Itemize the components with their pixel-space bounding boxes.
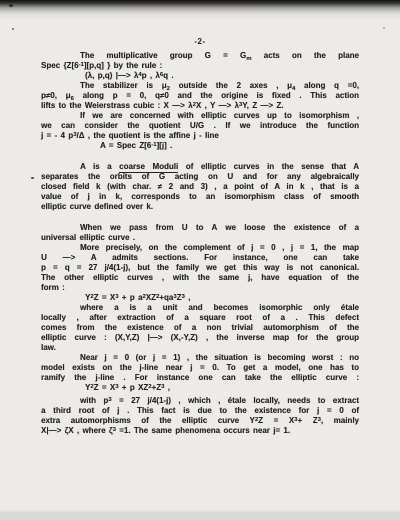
page-number: -2- xyxy=(0,37,400,46)
text-line: The stabilizer is μ2 outside the 2 axes … xyxy=(41,81,359,91)
text-line: A is a coarse Moduli of elliptic curves … xyxy=(41,162,359,172)
text-line: j = - 4 p3/Δ , the quotient is the affin… xyxy=(41,131,359,141)
text-line: law. xyxy=(41,343,359,353)
scan-speck xyxy=(12,28,14,30)
text-line: Near j = 0 (or j = 1) , the situation is… xyxy=(41,353,359,363)
text-line: closed field k (with char. ≠ 2 and 3) , … xyxy=(41,182,359,192)
text-line: form : xyxy=(41,283,359,293)
text-line: More precisely, on the complement of j =… xyxy=(41,243,359,253)
text-line: Y2Z = X3 + p a2XZ2+qa3Z3 , xyxy=(41,293,359,303)
text-line: universal elliptic curve . xyxy=(41,233,359,243)
scan-top-edge xyxy=(0,0,400,22)
text-line: The multiplicative group G = Gm acts on … xyxy=(41,51,359,61)
text-line: model exists on the j-line near j = 0. T… xyxy=(41,363,359,373)
scan-speck xyxy=(383,27,385,29)
text-line: The other elliptic curves , with the sam… xyxy=(41,273,359,283)
scanned-paper-page: -2- The multiplicative group G = Gm acts… xyxy=(0,0,400,520)
text-line: X|—> ζX , where ζ3 =1. The same phenomen… xyxy=(41,426,359,436)
text-line: (λ, p,q) |—> λ4p , λ6q . xyxy=(41,71,359,81)
text-line: Spec {Z[6-1][p,q] } by the rule : xyxy=(41,61,359,71)
text-line: comes from the existence of a non trivia… xyxy=(41,323,359,333)
text-line: elliptic curve defined over k. xyxy=(41,202,359,212)
scan-bottom-edge xyxy=(0,510,400,520)
scan-speck xyxy=(31,177,34,179)
text-line: When we pass from U to A we loose the ex… xyxy=(41,223,359,233)
text-line: extra automorphisms of the elliptic curv… xyxy=(41,416,359,426)
scan-speck xyxy=(9,4,13,7)
text-block: The multiplicative group G = Gm acts on … xyxy=(41,51,359,436)
text-line: separates the orbits of G acting on U an… xyxy=(41,172,359,182)
text-line: we can consider the quotient U/G . If we… xyxy=(41,121,359,131)
text-line: p≠0, μ6 along p = 0, q≠0 and the origine… xyxy=(41,91,359,101)
text-line: p = q = 27 j/4(1-j), but the family we g… xyxy=(41,263,359,273)
text-line: locally , after extraction of a square r… xyxy=(41,313,359,323)
text-line: A = Spec Z[6-1][j] . xyxy=(41,141,359,151)
text-line: with p3 = 27 j/4(1-j) , which , étale lo… xyxy=(41,396,359,406)
text-line: where a is a unit and becomes isomorphic… xyxy=(41,303,359,313)
text-line: Y2Z = X3 + p XZ2+Z3 , xyxy=(41,383,359,393)
text-line: a third root of j . This fact is due to … xyxy=(41,406,359,416)
text-line: ramify the j-line . For instance one can… xyxy=(41,373,359,383)
text-line: lifts to the Weierstrass cubic : X —> λ2… xyxy=(41,101,359,111)
text-line: If we are concerned with elliptic curves… xyxy=(41,111,359,121)
text-line: value of j in k, corresponds to an isomo… xyxy=(41,192,359,202)
text-line: U —> A admits sections. For instance, on… xyxy=(41,253,359,263)
text-line: elliptic curve : (X,Y,Z) |—> (X,-Y,Z) , … xyxy=(41,333,359,343)
